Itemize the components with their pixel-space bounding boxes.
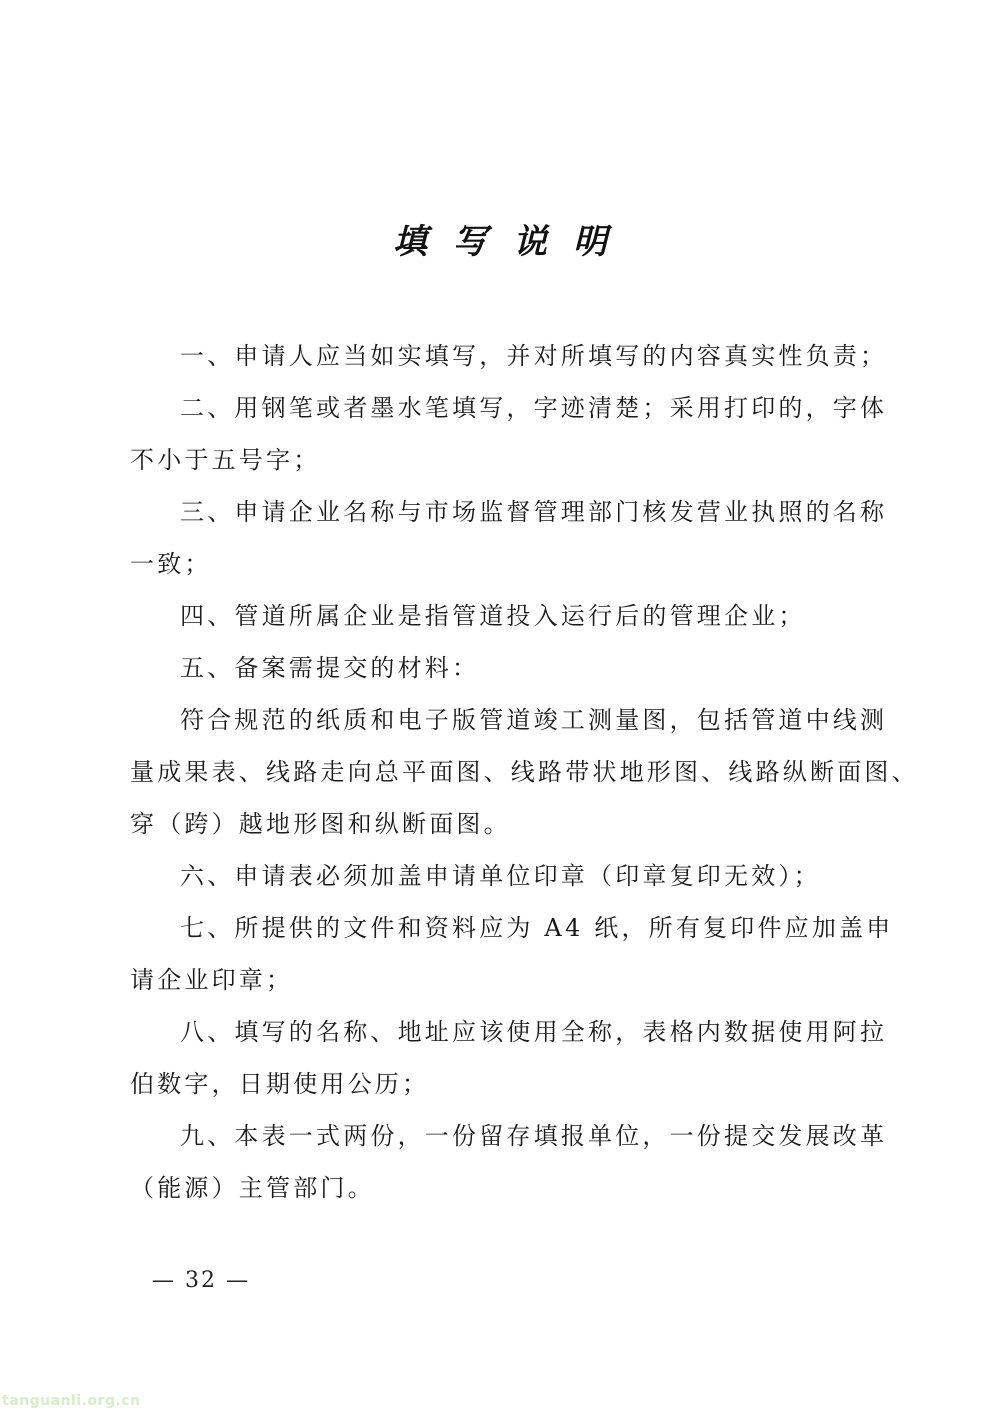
line-16: 九、本表一式两份，一份留存填报单位，一份提交发展改革	[130, 1110, 880, 1162]
line-4: 三、申请企业名称与市场监督管理部门核发营业执照的名称	[130, 486, 880, 538]
line-11: 六、申请表必须加盖申请单位印章（印章复印无效）；	[130, 850, 880, 902]
line-3: 不小于五号字；	[130, 434, 880, 486]
line-17: （能源）主管部门。	[130, 1162, 880, 1214]
line-9: 量成果表、线路走向总平面图、线路带状地形图、线路纵断面图、	[130, 746, 880, 798]
line-14: 八、填写的名称、地址应该使用全称，表格内数据使用阿拉	[130, 1006, 880, 1058]
line-7: 五、备案需提交的材料：	[130, 642, 880, 694]
line-2: 二、用钢笔或者墨水笔填写，字迹清楚；采用打印的，字体	[130, 382, 880, 434]
document-title: 填写说明	[0, 214, 1000, 263]
page-number: — 32 —	[152, 1268, 250, 1293]
line-8: 符合规范的纸质和电子版管道竣工测量图，包括管道中线测	[130, 694, 880, 746]
line-6: 四、管道所属企业是指管道投入运行后的管理企业；	[130, 590, 880, 642]
line-5: 一致；	[130, 538, 880, 590]
watermark: tanguanli.org.cn	[2, 1393, 141, 1409]
line-1: 一、申请人应当如实填写，并对所填写的内容真实性负责；	[130, 330, 880, 382]
line-12: 七、所提供的文件和资料应为 A4 纸，所有复印件应加盖申	[130, 902, 880, 954]
line-15: 伯数字，日期使用公历；	[130, 1058, 880, 1110]
line-13: 请企业印章；	[130, 954, 880, 1006]
line-10: 穿（跨）越地形图和纵断面图。	[130, 798, 880, 850]
instructions-body: 一、申请人应当如实填写，并对所填写的内容真实性负责； 二、用钢笔或者墨水笔填写，…	[130, 330, 880, 1214]
